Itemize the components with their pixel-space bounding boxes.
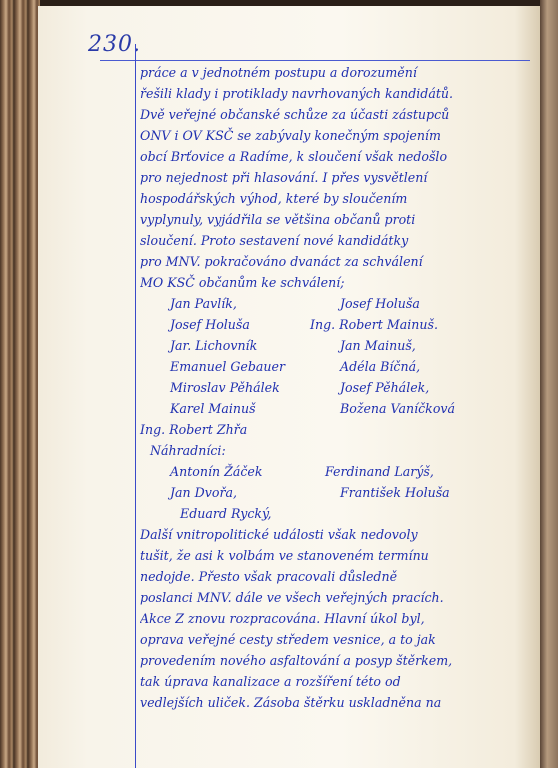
substitute-name: František Holuša <box>340 482 450 503</box>
signatory-list: Jan Pavlík, Josef Holuša Josef Holuša In… <box>140 293 540 524</box>
text-line: provedením nového asfaltování a posyp št… <box>140 650 540 671</box>
text-line: Dvě veřejné občanské schůze za účasti zá… <box>140 104 540 125</box>
substitutes-heading-row: Náhradníci: <box>140 440 540 461</box>
text-line: hospodářských výhod, které by sloučením <box>140 188 540 209</box>
signatory-name: Karel Mainuš <box>170 398 256 419</box>
signatory-name: Josef Pěhálek, <box>340 377 429 398</box>
paragraph-candidates: práce a v jednotném postupu a dorozumění… <box>140 62 540 293</box>
substitute-row: Antonín Žáček Ferdinand Larýš, <box>140 461 540 482</box>
signatory-name: Adéla Bíčná, <box>340 356 420 377</box>
text-line: vyplynuly, vyjádřila se většina občanů p… <box>140 209 540 230</box>
signatory-name: Josef Holuša <box>170 314 250 335</box>
text-line: pro nejednost při hlasování. I přes vysv… <box>140 167 540 188</box>
signatory-name: Robert Mainuš. <box>339 317 438 332</box>
signatory-row: Emanuel Gebauer Adéla Bíčná, <box>140 356 540 377</box>
paragraph-events: Další vnitropolitické události však nedo… <box>140 524 540 713</box>
signatory-name: Miroslav Pěhálek <box>170 377 280 398</box>
text-line: vedlejších uliček. Zásoba štěrku uskladn… <box>140 692 540 713</box>
substitutes-label: Náhradníci: <box>150 440 226 461</box>
signatory-name: Jan Mainuš, <box>340 335 416 356</box>
signatory-row: Miroslav Pěhálek Josef Pěhálek, <box>140 377 540 398</box>
text-line: Další vnitropolitické události však nedo… <box>140 524 540 545</box>
header-rule-line <box>100 60 530 61</box>
signatory-name: Ing. Robert Mainuš. <box>310 314 438 335</box>
signatory-name: Jar. Lichovník <box>170 335 257 356</box>
text-line: Akce Z znovu rozpracována. Hlavní úkol b… <box>140 608 540 629</box>
substitute-row: Eduard Rycký, <box>140 503 540 524</box>
substitute-name: Ferdinand Larýš, <box>325 461 434 482</box>
substitute-row: Jan Dvořa, František Holuša <box>140 482 540 503</box>
signatory-row: Jan Pavlík, Josef Holuša <box>140 293 540 314</box>
signatory-name: Josef Holuša <box>340 293 420 314</box>
text-line: obcí Brťovice a Radíme, k sloučení však … <box>140 146 540 167</box>
signatory-row: Jar. Lichovník Jan Mainuš, <box>140 335 540 356</box>
text-line: oprava veřejné cesty středem vesnice, a … <box>140 629 540 650</box>
text-line: řešili klady i protiklady navrhovaných k… <box>140 83 540 104</box>
substitute-name: Antonín Žáček <box>170 461 263 482</box>
handwritten-text: práce a v jednotném postupu a dorozumění… <box>140 62 540 713</box>
text-line: tak úprava kanalizace a rozšíření této o… <box>140 671 540 692</box>
signatory-row: Ing. Robert Zhřa <box>140 419 540 440</box>
substitute-name: Jan Dvořa, <box>170 482 237 503</box>
text-line: práce a v jednotném postupu a dorozumění <box>140 62 540 83</box>
signatory-name: Jan Pavlík, <box>170 293 237 314</box>
text-line: ONV i OV KSČ se zabývaly konečným spojen… <box>140 125 540 146</box>
text-line: MO KSČ občanům ke schválení; <box>140 272 540 293</box>
text-line: poslanci MNV. dále ve všech veřejných pr… <box>140 587 540 608</box>
substitute-name: Eduard Rycký, <box>180 503 271 524</box>
book-spine-edge <box>0 0 40 768</box>
signatory-row: Josef Holuša Ing. Robert Mainuš. <box>140 314 540 335</box>
signatory-row: Karel Mainuš Božena Vaníčková <box>140 398 540 419</box>
signatory-name: Ing. Robert Zhřa <box>140 419 247 440</box>
title-prefix: Ing. <box>310 317 335 332</box>
signatory-name: Božena Vaníčková <box>340 398 455 419</box>
page-number: 230. <box>88 32 141 57</box>
adjacent-page-edge <box>540 0 558 768</box>
text-line: nedojde. Přesto však pracovali důsledně <box>140 566 540 587</box>
margin-rule-line <box>135 44 136 768</box>
text-line: tušit, že asi k volbám ve stanoveném ter… <box>140 545 540 566</box>
text-line: sloučení. Proto sestavení nové kandidátk… <box>140 230 540 251</box>
text-line: pro MNV. pokračováno dvanáct za schválen… <box>140 251 540 272</box>
signatory-name: Emanuel Gebauer <box>170 356 285 377</box>
